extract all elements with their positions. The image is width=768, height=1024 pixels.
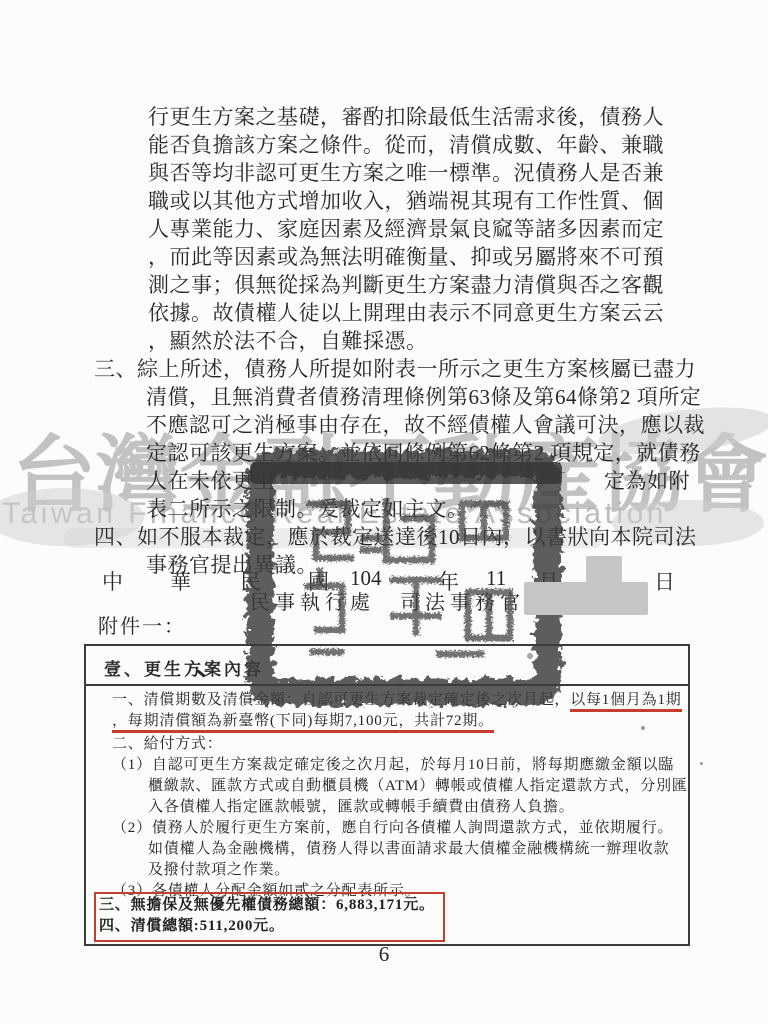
ruling-line: 職或以其他方式增加收入，猶端視其現有工作性質、個 — [148, 188, 664, 214]
redaction-box-name — [524, 582, 648, 615]
table-item-1-line-2: ，每期清償額為新臺幣(下同)每期7,100元，共計72期。 — [112, 711, 494, 731]
scanned-court-document-page: 台 灣 金 融 不 動 產 協 會 Taiwan Finance Real Es… — [0, 0, 768, 1024]
court-seal-stamp — [240, 446, 566, 708]
table-item-2-sub2: 及撥付款項之作業。 — [148, 860, 290, 880]
table-item-2-sub1: （1）自認可更生方案裁定確定後之次月起，於每月10日前，將每期應繳金額以臨 — [112, 755, 674, 775]
table-item-2-sub2: （2）債務人於履行更生方案前，應自行向各債權人詢問還款方式，並依期履行。 — [112, 818, 673, 838]
ruling-line: 清償，且無消費者債務清理條例第63條及第64條第2 項所定 — [146, 384, 701, 410]
table-item-2-sub1: 櫃繳款、匯款方式或自動櫃員機（ATM）轉帳或債權人指定還款方式，分別匯 — [148, 776, 688, 796]
ruling-item-3: 三、綜上所述，債務人所提如附表一所示之更生方案核屬已盡力 — [94, 356, 696, 382]
red-underlined-line: ，每期清償額為新臺幣(下同)每期7,100元，共計72期。 — [112, 713, 494, 733]
ruling-line: 能否負擔該方案之條件。從而，清償成數、年齡、兼職 — [148, 132, 664, 158]
table-item-2-sub2: 如債權人為金融機構，債務人得以書面請求最大債權金融機構統一辦理收款 — [148, 839, 669, 859]
ruling-line: 人專業能力、家庭因素及經濟景氣良窳等諸多因素而定 — [148, 216, 664, 242]
attachment-label: 附件一： — [98, 614, 186, 640]
ruling-line: 不應認可之消極事由存在，故不經債權人會議可決，應以裁 — [146, 412, 705, 438]
redaction-box-day — [586, 556, 622, 584]
ruling-line: 測之事；俱無從採為判斷更生方案盡力清償與否之客觀 — [148, 272, 664, 298]
table-item-2-sub1: 入各債權人指定匯款帳號，匯款或轉帳手續費由債務人負擔。 — [148, 797, 575, 817]
red-underlined-phrase: 以每1個月為1期 — [570, 692, 681, 712]
ruling-line: 與否等均非認可更生方案之唯一標準。況債務人是否兼 — [148, 160, 664, 186]
ruling-line: ，而此等因素或為無法明確衡量、抑或另屬將來不可預 — [148, 244, 664, 270]
date-char: 日 — [654, 566, 675, 596]
ruling-line: ，顯然於法不合，自難採憑。 — [148, 328, 428, 354]
ruling-line-obscured-right: 定為如附 — [604, 468, 690, 494]
date-char: 中 — [102, 566, 123, 596]
table-item-2-head: 二、給付方式： — [112, 734, 223, 754]
red-annotation-box: 三、無擔保及無優先權債務總額：6,883,171元。 四、清償總額:511,20… — [94, 892, 445, 942]
stamp-ink-smudge — [250, 462, 562, 484]
date-char: 華 — [170, 566, 191, 596]
page-number: 6 — [0, 942, 768, 967]
table-item-3-total-debt: 三、無擔保及無優先權債務總額：6,883,171元。 — [99, 895, 435, 916]
ruling-line: 依據。故債權人徒以上開理由表示不同意更生方案云云 — [148, 300, 664, 326]
table-item-4-total-repayment: 四、清償總額:511,200元。 — [99, 916, 435, 937]
ruling-line: 行更生方案之基礎，審酌扣除最低生活需求後，債務人 — [148, 104, 664, 130]
